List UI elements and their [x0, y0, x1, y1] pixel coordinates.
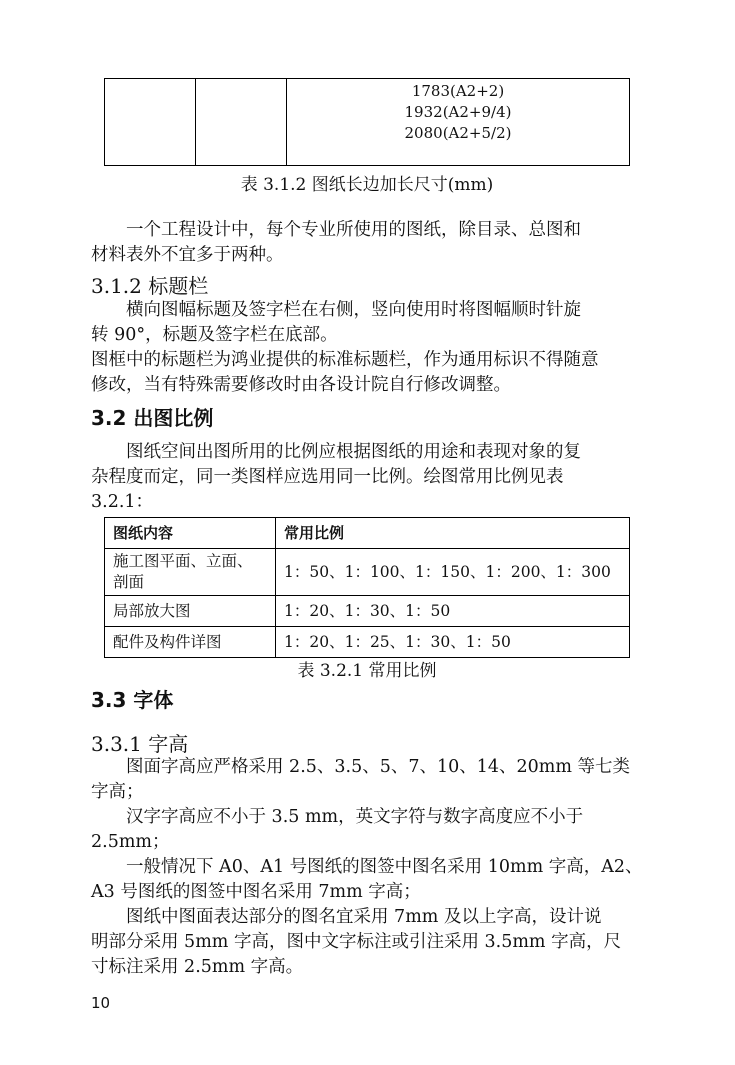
length-value: 1783(A2+2) [287, 81, 629, 102]
text-line: 材料表外不宜多于两种。 [91, 243, 651, 268]
text-line: A3 号图纸的图签中图名采用 7mm 字高； [91, 880, 651, 905]
table-cell: 施工图平面、立面、 剖面 [105, 549, 276, 596]
text-line: 图面字高应严格采用 2.5、3.5、5、7、10、14、20mm 等七类 [91, 755, 651, 780]
text-line: 转 90°，标题及签字栏在底部。 [91, 323, 651, 348]
section-heading: 3.2 出图比例 [91, 402, 213, 431]
text-line: 寸标注采用 2.5mm 字高。 [91, 955, 651, 980]
page-number: 10 [91, 994, 110, 1012]
table-row: 施工图平面、立面、 剖面 1：50、1：100、1：150、1：200、1：30… [105, 549, 630, 596]
text-line: 一个工程设计中，每个专业所使用的图纸，除目录、总图和 [91, 218, 651, 243]
paragraph: 一个工程设计中，每个专业所使用的图纸，除目录、总图和 材料表外不宜多于两种。 [91, 218, 651, 268]
length-value: 2080(A2+5/2) [287, 123, 629, 144]
cell-text: 剖面 [113, 572, 267, 593]
table-header-row: 图纸内容 常用比例 [105, 518, 630, 549]
column-header: 常用比例 [276, 518, 630, 549]
text-line: 横向图幅标题及签字栏在右侧，竖向使用时将图幅顺时针旋 [91, 298, 651, 323]
table-caption: 表 3.1.2 图纸长边加长尺寸(mm) [104, 170, 630, 195]
table-cell-empty [105, 79, 196, 166]
text-line: 字高； [91, 780, 651, 805]
paragraph: 图纸空间出图所用的比例应根据图纸的用途和表现对象的复 杂程度而定，同一类图样应选… [91, 440, 651, 515]
table-cell-empty [196, 79, 287, 166]
section-heading: 3.3.1 字高 [91, 728, 188, 757]
paragraph: 横向图幅标题及签字栏在右侧，竖向使用时将图幅顺时针旋 转 90°，标题及签字栏在… [91, 298, 651, 398]
text-line: 杂程度而定，同一类图样应选用同一比例。绘图常用比例见表 [91, 465, 651, 490]
text-line: 图框中的标题栏为鸿业提供的标准标题栏，作为通用标识不得随意 [91, 348, 651, 373]
text-line: 汉字字高应不小于 3.5 mm，英文字符与数字高度应不小于 [91, 805, 651, 830]
section-heading: 3.3 字体 [91, 684, 173, 713]
text-line: 图纸空间出图所用的比例应根据图纸的用途和表现对象的复 [91, 440, 651, 465]
table-cell: 局部放大图 [105, 596, 276, 627]
table-cell: 配件及构件详图 [105, 627, 276, 658]
text-line: 2.5mm； [91, 830, 651, 855]
paragraph: 图面字高应严格采用 2.5、3.5、5、7、10、14、20mm 等七类 字高；… [91, 755, 651, 980]
table-cell-values: 1783(A2+2) 1932(A2+9/4) 2080(A2+5/2) [287, 79, 630, 166]
text-line: 一般情况下 A0、A1 号图纸的图签中图名采用 10mm 字高，A2、 [91, 855, 651, 880]
table-cell: 1：20、1：25、1：30、1：50 [276, 627, 630, 658]
table-row: 1783(A2+2) 1932(A2+9/4) 2080(A2+5/2) [105, 79, 630, 166]
cell-text: 施工图平面、立面、 [113, 551, 267, 572]
table-3-2-1: 图纸内容 常用比例 施工图平面、立面、 剖面 1：50、1：100、1：150、… [104, 517, 630, 658]
text-line: 3.2.1： [91, 490, 651, 515]
text-line: 修改，当有特殊需要修改时由各设计院自行修改调整。 [91, 373, 651, 398]
length-value: 1932(A2+9/4) [287, 102, 629, 123]
text-line: 明部分采用 5mm 字高，图中文字标注或引注采用 3.5mm 字高，尺 [91, 930, 651, 955]
table-row: 局部放大图 1：20、1：30、1：50 [105, 596, 630, 627]
table-row: 配件及构件详图 1：20、1：25、1：30、1：50 [105, 627, 630, 658]
column-header: 图纸内容 [105, 518, 276, 549]
section-heading: 3.1.2 标题栏 [91, 270, 208, 299]
text-line: 图纸中图面表达部分的图名宜采用 7mm 及以上字高，设计说 [91, 905, 651, 930]
table-3-1-2: 1783(A2+2) 1932(A2+9/4) 2080(A2+5/2) [104, 78, 630, 166]
table-caption: 表 3.2.1 常用比例 [104, 656, 630, 681]
table-cell: 1：20、1：30、1：50 [276, 596, 630, 627]
table-cell: 1：50、1：100、1：150、1：200、1：300 [276, 549, 630, 596]
